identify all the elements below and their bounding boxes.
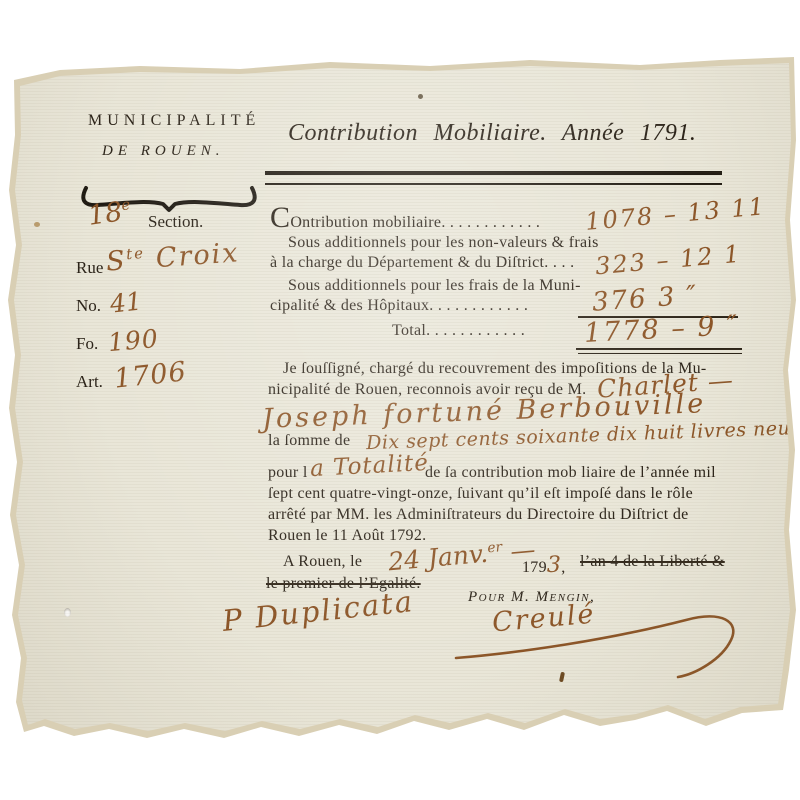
rue-value: Ste Croix	[105, 237, 240, 277]
somme-label: la ſomme de	[268, 432, 350, 450]
fo-label: Fo.	[76, 334, 98, 354]
total-amount: 1778 – 9 ″	[583, 310, 740, 349]
charge-row-sous-additionnels-2a: Sous additionnels pour les frais de la M…	[288, 277, 581, 295]
section-label: Section.	[148, 212, 203, 232]
document-paper: MUNICIPALITÉ DE ROUEN. Contribution Mobi…	[0, 0, 800, 800]
total-rule-bottom-1	[576, 348, 742, 350]
clause-line-1a: pour l	[268, 464, 308, 482]
scan-background: MUNICIPALITÉ DE ROUEN. Contribution Mobi…	[0, 0, 800, 800]
municipality-city: DE ROUEN.	[102, 143, 225, 160]
dateline-prefix: A Rouen, le	[283, 553, 362, 571]
total-label: Total. . . . . . . . . . . .	[392, 322, 525, 340]
municipality-name: MUNICIPALITÉ	[88, 112, 260, 130]
clause-line-4: Rouen le 11 Août 1792.	[268, 527, 426, 545]
clause-line-2: ſept cent quatre-vingt-onze, ſuivant qu’…	[268, 485, 693, 503]
year-digit-handwritten: 3	[547, 553, 561, 578]
charge-amount-contribution: 1078 – 13 11	[584, 192, 767, 236]
no-label: No.	[76, 296, 101, 316]
clause-line-1b: de ſa contribution mob liaire de l’année…	[425, 464, 716, 482]
rue-label: Rue	[76, 258, 103, 278]
year-printed: 1793,	[522, 553, 566, 578]
section-number-value: 18e	[86, 195, 133, 232]
charge-row-sous-additionnels-2b: cipalité & des Hôpitaux. . . . . . . . .…	[270, 297, 528, 315]
speck-top	[418, 94, 423, 99]
charge-row-sous-additionnels-1b: à la charge du Département & du Diſtrict…	[270, 254, 574, 272]
no-value: 41	[109, 286, 144, 318]
totalite-handwritten: a Totalité	[309, 450, 429, 482]
charge-row-sous-additionnels-1a: Sous additionnels pour les non-valeurs &…	[288, 234, 599, 252]
struck-liberte-text: l’an 4 de la Liberté &	[580, 553, 725, 571]
signature-flourish	[438, 598, 758, 688]
charge-row-contribution: COntribution mobiliaire. . . . . . . . .…	[270, 210, 540, 232]
clause-line-3: arrêté par MM. les Adminiſtrateurs du Di…	[268, 506, 689, 524]
charge-amount-departement: 323 – 12 1	[594, 240, 742, 281]
speck-left	[34, 222, 40, 227]
document-title: Contribution Mobiliaire. Année 1791.	[288, 120, 696, 147]
fo-value: 190	[107, 324, 160, 357]
title-rule	[265, 171, 722, 185]
art-label: Art.	[76, 372, 103, 392]
art-value: 1706	[113, 356, 189, 394]
total-rule-bottom-2	[578, 353, 742, 354]
paper-hole	[64, 608, 71, 617]
